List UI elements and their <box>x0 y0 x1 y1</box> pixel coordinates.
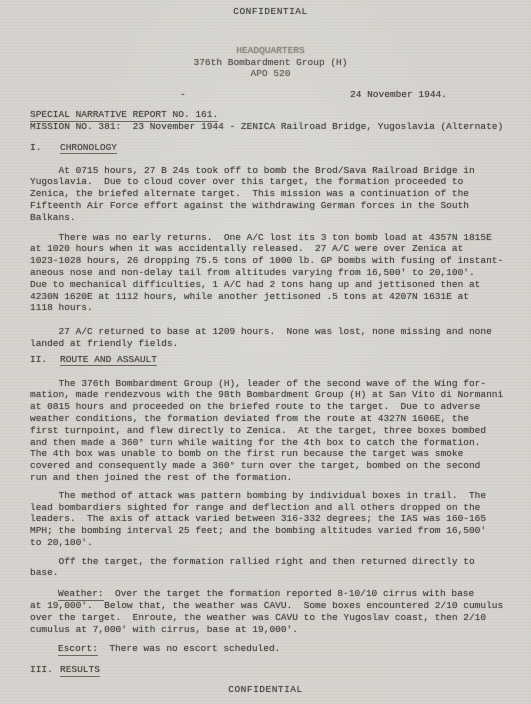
mission-line: MISSION NO. 381: 23 November 1944 - ZENI… <box>30 121 511 133</box>
date-row: - 24 November 1944. <box>30 89 511 101</box>
chronology-paragraph-3: 27 A/C returned to base at 1209 hours. N… <box>30 326 511 350</box>
section-2-number: II. <box>30 354 60 366</box>
section-1-number: I. <box>30 142 60 154</box>
route-paragraph-3: Off the target, the formation rallied ri… <box>30 556 511 580</box>
letterhead: HEADQUARTERS 376th Bombardment Group (H)… <box>30 45 511 80</box>
chronology-paragraph-2: There was no early returns. One A/C lost… <box>30 232 511 315</box>
section-2-heading: ROUTE AND ASSAULT <box>60 354 157 367</box>
section-3-number: III. <box>30 664 60 676</box>
section-1-heading-row: I.CHRONOLOGY <box>30 142 511 154</box>
weather-paragraph: Weather: Over the target the formation r… <box>30 588 511 635</box>
letterhead-headquarters: HEADQUARTERS <box>30 45 511 57</box>
letterhead-apo: APO 520 <box>30 68 511 80</box>
section-3-heading-row: III.RESULTS <box>30 664 511 676</box>
date-dash-mark: - <box>180 89 186 101</box>
title-block: SPECIAL NARRATIVE REPORT NO. 161. MISSIO… <box>30 109 511 133</box>
route-paragraph-1: The 376th Bombardment Group (H), leader … <box>30 378 511 484</box>
letterhead-group: 376th Bombardment Group (H) <box>30 57 511 69</box>
classification-bottom: CONFIDENTIAL <box>0 684 531 696</box>
document-date: 24 November 1944. <box>350 89 447 101</box>
section-2-heading-row: II.ROUTE AND ASSAULT <box>30 354 511 366</box>
escort-text: There was no escort scheduled. <box>98 643 280 654</box>
document-page: CONFIDENTIAL HEADQUARTERS 376th Bombardm… <box>0 0 531 704</box>
escort-paragraph: Escort: There was no escort scheduled. <box>30 643 511 655</box>
weather-label: Weather: <box>58 588 104 601</box>
section-3-heading: RESULTS <box>60 664 100 677</box>
chronology-paragraph-1: At 0715 hours, 27 B 24s took off to bomb… <box>30 165 511 224</box>
report-title-line: SPECIAL NARRATIVE REPORT NO. 161. <box>30 109 511 121</box>
route-paragraph-2: The method of attack was pattern bombing… <box>30 490 511 549</box>
report-title: SPECIAL NARRATIVE REPORT NO. 161. <box>30 109 218 122</box>
section-1-heading: CHRONOLOGY <box>60 142 117 155</box>
escort-label: Escort: <box>58 643 98 656</box>
classification-top: CONFIDENTIAL <box>30 6 511 18</box>
